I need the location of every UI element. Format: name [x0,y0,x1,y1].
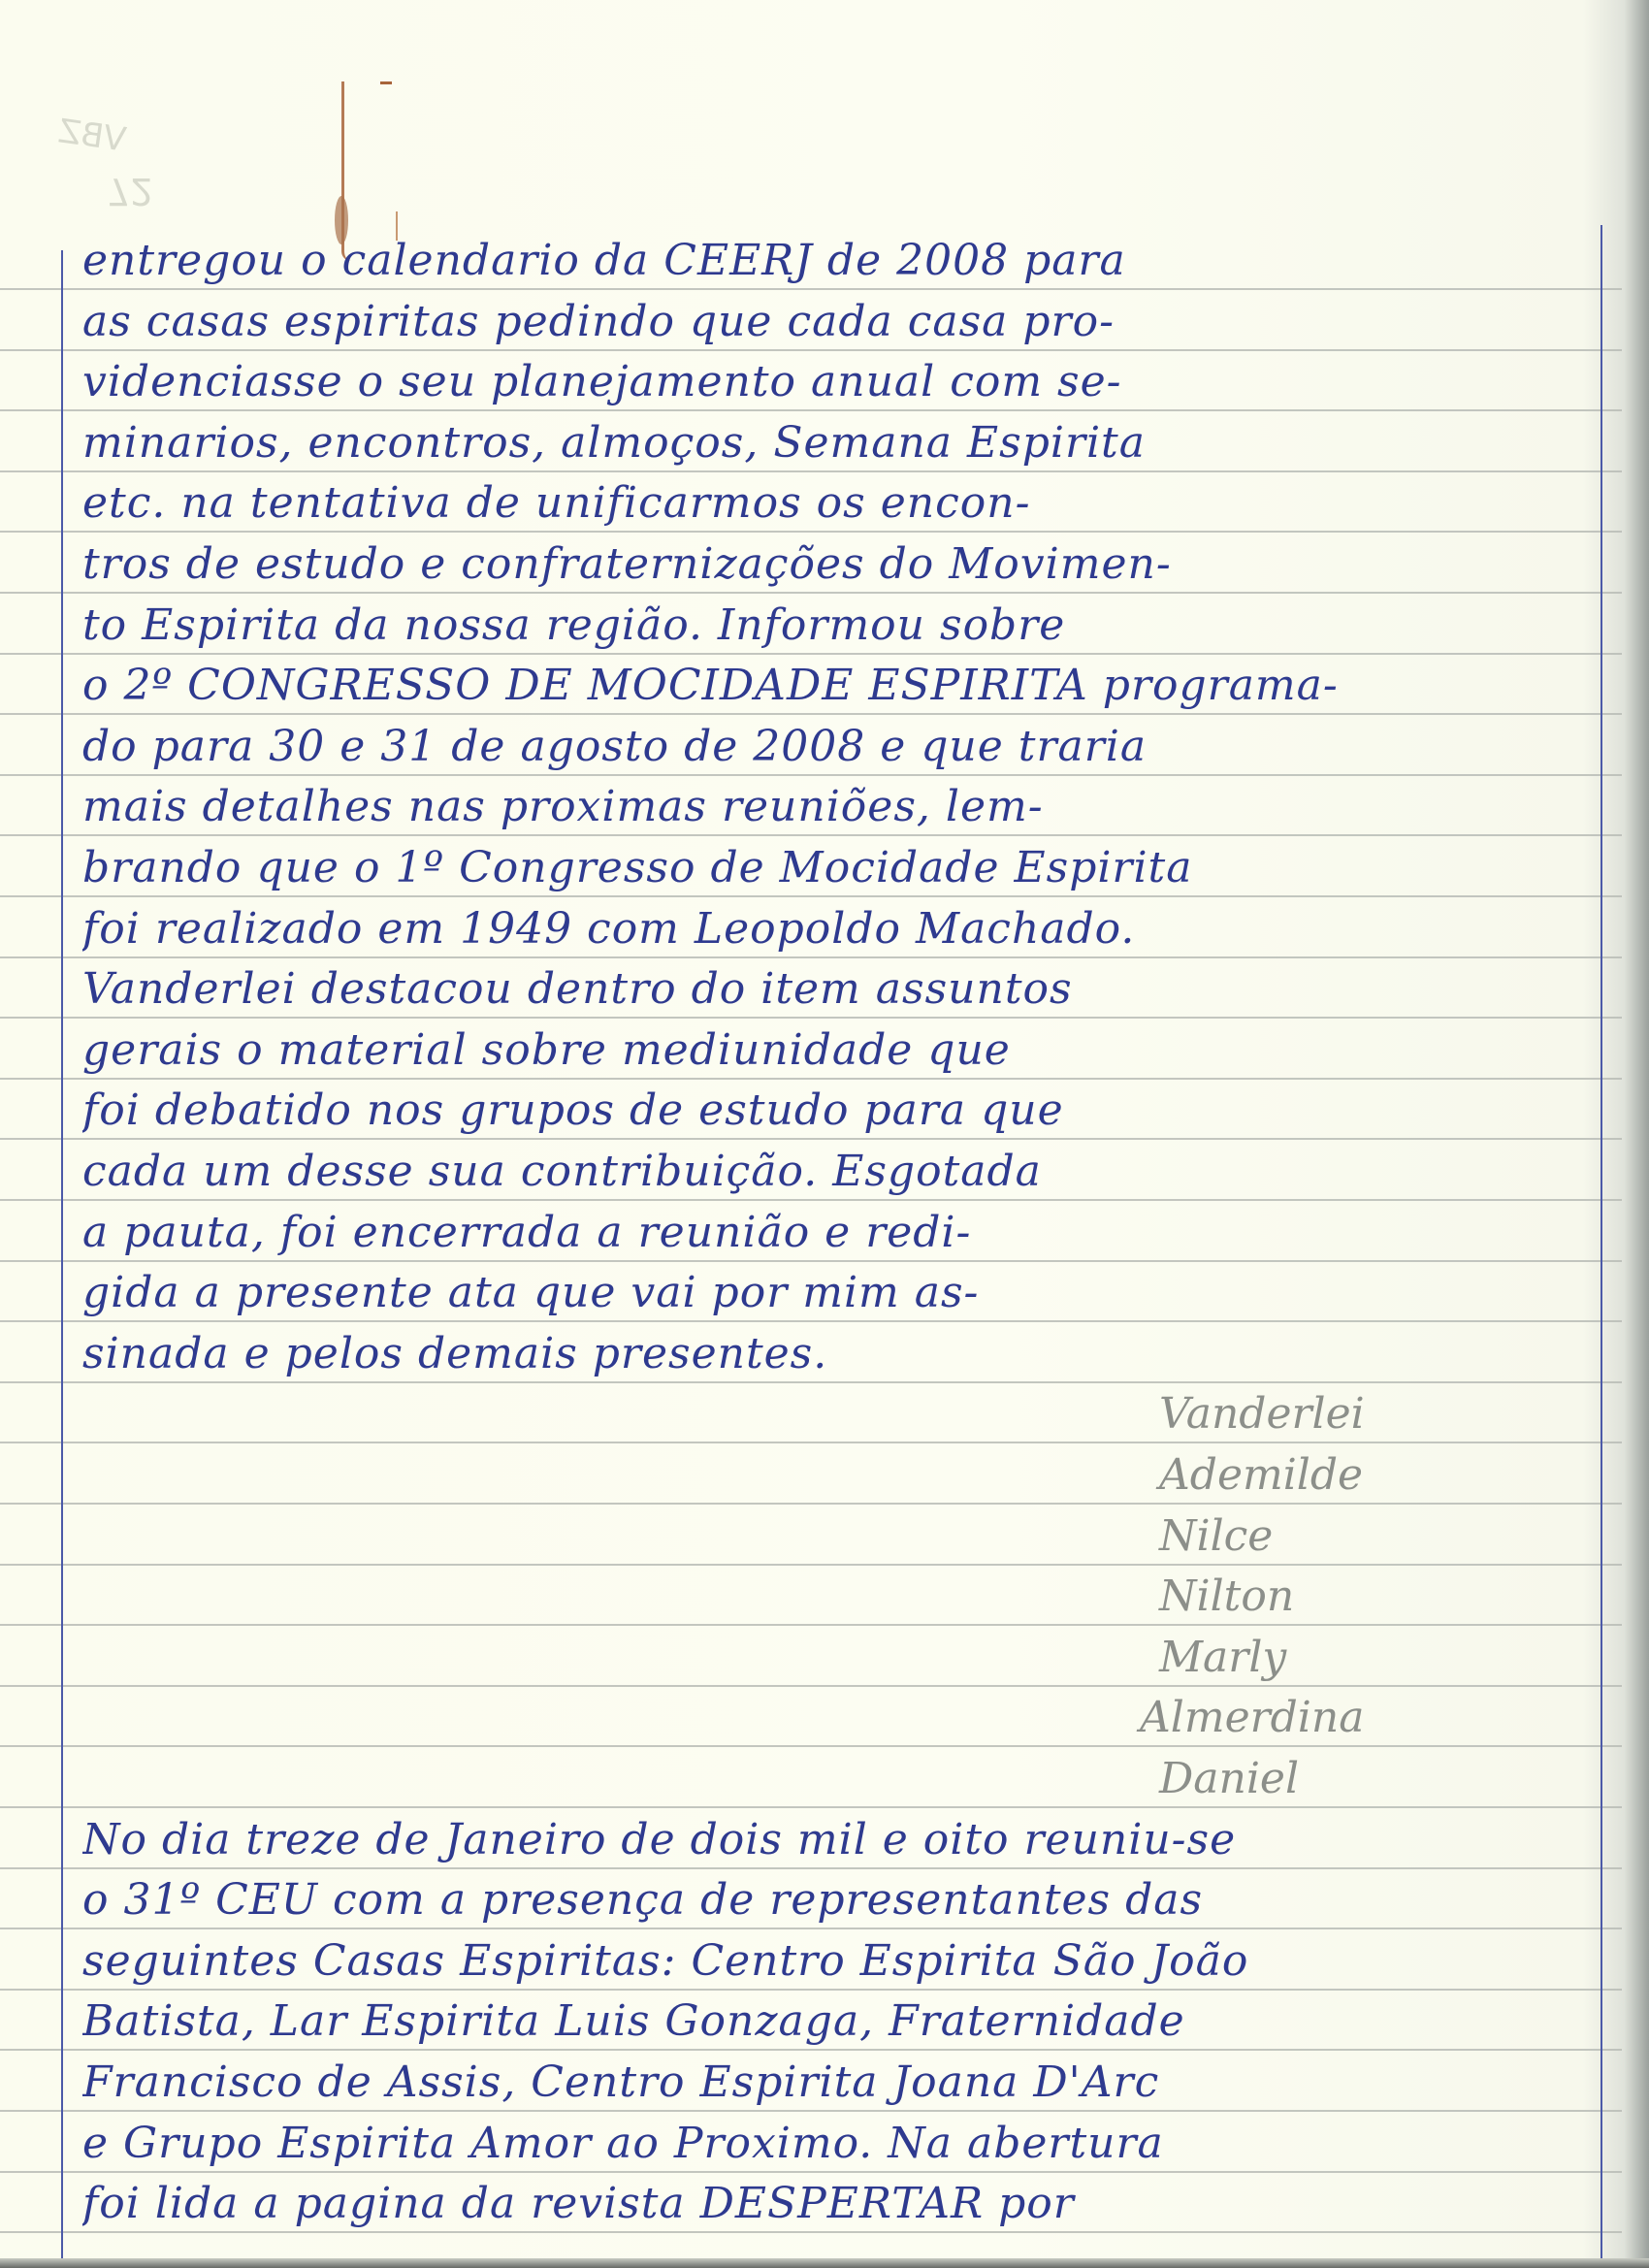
left-margin-line [61,250,63,2268]
text-line: foi lida a pagina da revista DESPERTAR p… [82,2175,1605,2233]
text-line: sinada e pelos demais presentes. [82,1325,1605,1383]
signature: Vanderlei [1159,1385,1365,1443]
signature: Ademilde [1159,1446,1363,1505]
text-line: minarios, encontros, almoços, Semana Esp… [82,414,1605,472]
text-line: gida a presente ata que vai por mim as- [82,1264,1605,1322]
ruled-line [0,1685,1622,1687]
notebook-page: VBZ 72 entregou o calendario da CEERJ de… [0,0,1649,2268]
text-line: o 31º CEU com a presença de representant… [82,1871,1605,1929]
text-line: videnciasse o seu planejamento anual com… [82,353,1605,411]
text-line: to Espirita da nossa região. Informou so… [82,597,1605,655]
text-line: brando que o 1º Congresso de Mocidade Es… [82,839,1605,897]
text-line: Francisco de Assis, Centro Espirita Joan… [82,2054,1605,2112]
text-line: seguintes Casas Espiritas: Centro Espiri… [82,1932,1605,1991]
ruled-line [0,1442,1622,1443]
text-line: tros de estudo e confraternizações do Mo… [82,535,1605,594]
text-line: foi realizado em 1949 com Leopoldo Macha… [82,900,1605,958]
signature: Almerdina [1140,1689,1364,1747]
text-line: etc. na tentativa de unificarmos os enco… [82,474,1605,533]
ruled-line [0,1624,1622,1626]
ruled-line [0,1564,1622,1566]
signature: Marly [1159,1629,1286,1687]
text-line: o 2º CONGRESSO DE MOCIDADE ESPIRITA prog… [82,657,1605,715]
text-line: a pauta, foi encerrada a reunião e redi- [82,1204,1605,1262]
ruled-line [0,1745,1622,1747]
text-line: Batista, Lar Espirita Luis Gonzaga, Frat… [82,1993,1605,2051]
text-line: mais detalhes nas proximas reuniões, lem… [82,778,1605,836]
text-line: e Grupo Espirita Amor ao Proximo. Na abe… [82,2115,1605,2173]
signature: Nilce [1159,1507,1273,1566]
text-line: as casas espiritas pedindo que cada casa… [82,293,1605,351]
ruled-line [0,1503,1622,1505]
text-line: do para 30 e 31 de agosto de 2008 e que … [82,718,1605,776]
bleed-through-initials: VBZ [56,112,129,159]
text-line: Vanderlei destacou dentro do item assunt… [82,960,1605,1019]
text-line: No dia treze de Janeiro de dois mil e oi… [82,1811,1605,1869]
text-line: entregou o calendario da CEERJ de 2008 p… [82,232,1605,290]
signature: Daniel [1159,1750,1299,1808]
text-line: cada um desse sua contribuição. Esgotada [82,1143,1605,1201]
text-line: foi debatido nos grupos de estudo para q… [82,1082,1605,1140]
text-line: gerais o material sobre mediunidade que [82,1021,1605,1080]
signature: Nilton [1159,1568,1294,1626]
page-edge-shadow [0,2258,1649,2268]
bleed-through-page-number: 72 [107,170,153,212]
ruled-line [0,1806,1622,1808]
stain-mark [380,81,392,84]
